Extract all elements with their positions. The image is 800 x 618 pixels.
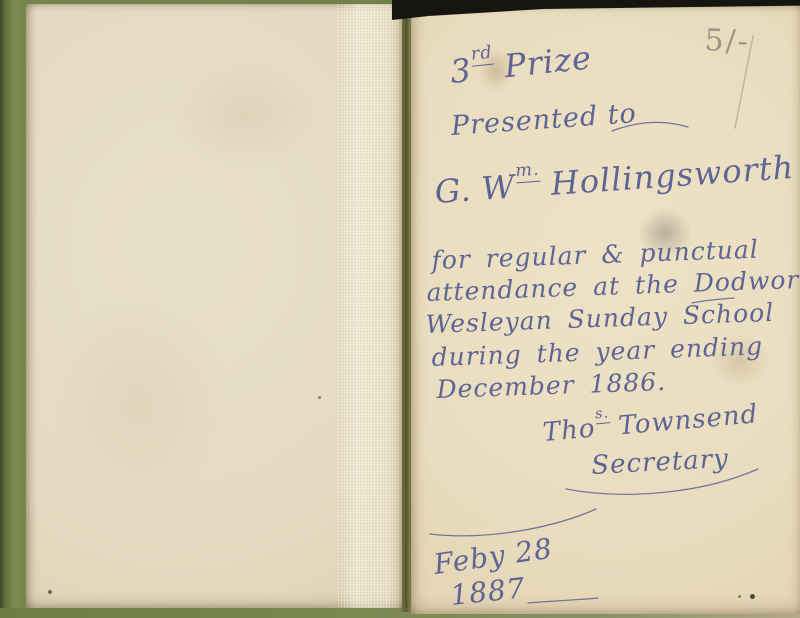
date-line-2: 1887 <box>449 574 527 610</box>
recipient-initial: G. <box>434 171 473 211</box>
cloth-texture-strip <box>338 4 400 608</box>
left-blank-page <box>26 4 402 608</box>
signature-first-superscript: s. <box>595 406 610 425</box>
recipient-first-superscript: m. <box>515 159 541 183</box>
book-scan: 3rdPrize 5/- Presented to G.Wm.Hollingsw… <box>0 0 800 618</box>
recipient-first: W <box>480 167 516 207</box>
signature-role: Secretary <box>591 446 730 479</box>
signature-first: Tho <box>542 414 597 448</box>
price-mark: 5/- <box>704 26 750 58</box>
prize-ordinal: rd <box>470 42 494 66</box>
prize-number: 3 <box>448 51 473 91</box>
body-line: December 1886. <box>436 369 666 402</box>
